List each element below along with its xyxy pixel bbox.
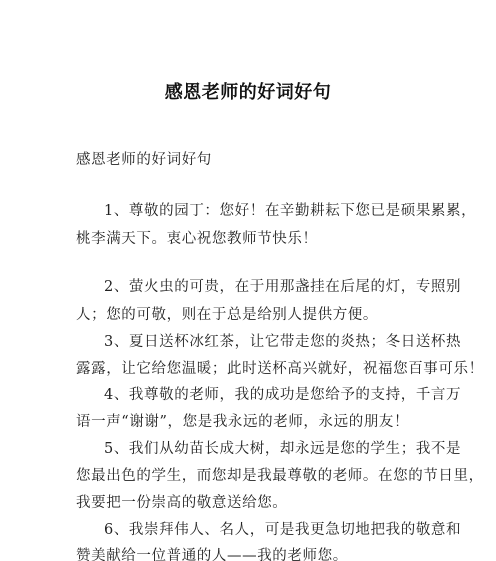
paragraph-3-line-1: 3、夏日送杯冰红茶，让它带走您的炎热；冬日送杯热 [104,332,422,352]
paragraph-5-line-3: 我要把一份崇高的敬意送给您。 [76,493,422,513]
paragraph-6-line-1: 6、我崇拜伟人、名人，可是我更急切地把我的敬意和 [104,520,422,540]
document-page: 感恩老师的好词好句 感恩老师的好词好句 1、尊敬的园丁：您好！在辛勤耕耘下您已是… [0,0,496,561]
paragraph-3-line-2: 露露，让它给您温暖；此时送杯高兴就好，祝福您百事可乐！ [76,359,422,379]
document-title: 感恩老师的好词好句 [0,78,496,104]
document-subtitle: 感恩老师的好词好句 [76,150,422,170]
paragraph-4-line-1: 4、我尊敬的老师，我的成功是您给予的支持，千言万 [104,385,422,405]
paragraph-1-line-1: 1、尊敬的园丁：您好！在辛勤耕耘下您已是硕果累累， [104,201,422,221]
paragraph-5-line-1: 5、我们从幼苗长成大树，却永远是您的学生；我不是 [104,439,422,459]
paragraph-2-line-1: 2、萤火虫的可贵，在于用那盏挂在后尾的灯，专照别 [104,277,422,297]
paragraph-1-line-2: 桃李满天下。衷心祝您教师节快乐！ [76,229,422,249]
paragraph-4-line-2: 语一声“谢谢”，您是我永远的老师，永远的朋友！ [76,412,422,432]
paragraph-6-line-2: 赞美献给一位普通的人——我的老师您。 [76,546,422,561]
paragraph-5-line-2: 您最出色的学生，而您却是我最尊敬的老师。在您的节日里， [76,466,422,486]
paragraph-2-line-2: 人；您的可敬，则在于总是给别人提供方便。 [76,305,422,325]
